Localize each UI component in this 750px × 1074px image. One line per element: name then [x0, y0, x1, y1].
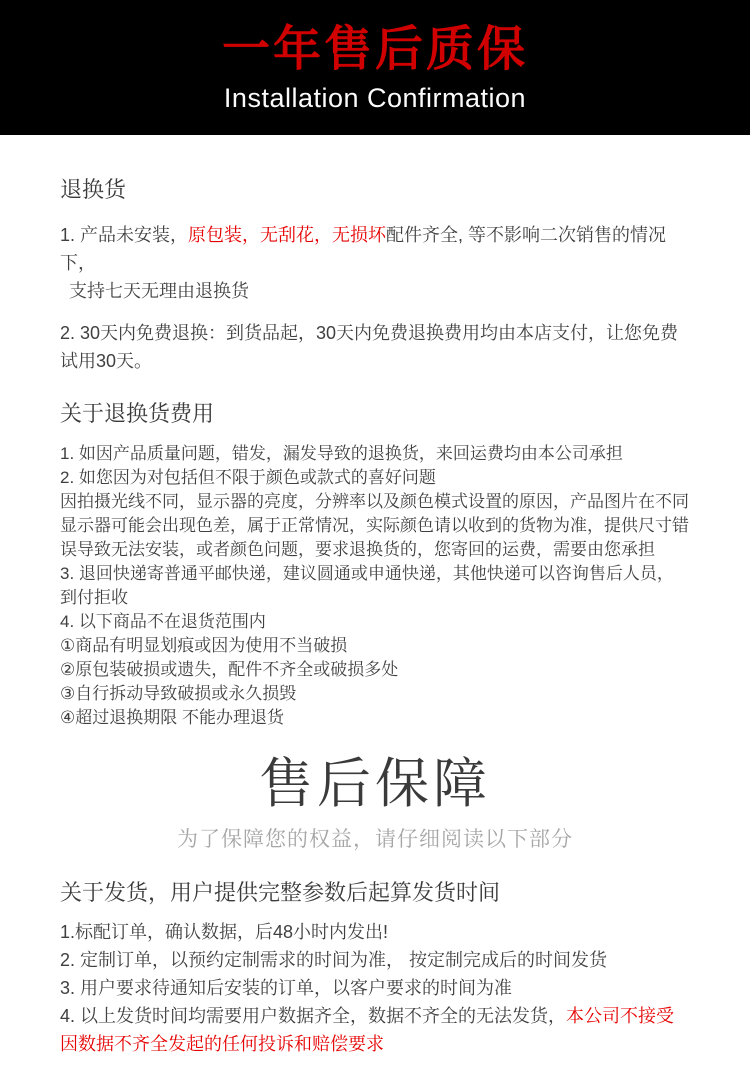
shipping-item-4-prefix: 4. 以上发货时间均需要用户数据齐全，数据不齐全的无法发货， — [60, 1006, 566, 1026]
shipping-heading: 关于发货，用户提供完整参数后起算发货时间 — [60, 878, 690, 908]
shipping-item: 3. 用户要求待通知后安装的订单，以客户要求的时间为准 — [60, 974, 690, 1002]
returns-item-1: 1. 产品未安装，原包装，无刮花，无损坏配件齐全, 等不影响二次销售的情况下，支… — [60, 221, 690, 305]
returns-item-2: 2. 30天内免费退换：到货品起，30天内免费退换费用均由本店支付，让您免费试用… — [60, 319, 690, 375]
warranty-info-page: 一年售后质保 Installation Confirmation 退换货 1. … — [0, 0, 750, 1074]
shipping-item-4: 4. 以上发货时间均需要用户数据齐全，数据不齐全的无法发货，本公司不接受因数据不… — [60, 1002, 690, 1058]
fees-heading: 关于退换货费用 — [60, 399, 690, 429]
return-fees-section: 关于退换货费用 1. 如因产品质量问题，错发，漏发导致的退换货，来回运费均由本公… — [60, 399, 690, 730]
fees-item: ②原包装破损或遗失，配件不齐全或破损多处 — [60, 658, 690, 682]
fees-list: 1. 如因产品质量问题，错发，漏发导致的退换货，来回运费均由本公司承担 2. 如… — [60, 442, 690, 730]
returns-item-1-highlight: 原包装，无刮花，无损坏 — [188, 225, 386, 245]
fees-item: 因拍摄光线不同，显示器的亮度，分辨率以及颜色模式设置的原因，产品图片在不同显示器… — [60, 490, 690, 562]
shipping-list: 1.标配订单，确认数据，后48小时内发出! 2. 定制订单，以预约定制需求的时间… — [60, 918, 690, 1058]
fees-item: ④超过退换期限 不能办理退货 — [60, 706, 690, 730]
fees-item: 1. 如因产品质量问题，错发，漏发导致的退换货，来回运费均由本公司承担 — [60, 442, 690, 466]
returns-item-1-prefix: 1. 产品未安装， — [60, 225, 188, 245]
banner-title: 一年售后质保 — [222, 23, 528, 77]
fees-item: ①商品有明显划痕或因为使用不当破损 — [60, 634, 690, 658]
returns-item-1-line2: 支持七天无理由退换货 — [60, 277, 690, 305]
banner-subtitle: Installation Confirmation — [224, 83, 526, 113]
shipping-item: 2. 定制订单，以预约定制需求的时间为准， 按定制完成后的时间发货 — [60, 946, 690, 974]
header-banner: 一年售后质保 Installation Confirmation — [0, 0, 750, 135]
fees-item: 4. 以下商品不在退货范围内 — [60, 610, 690, 634]
guarantee-subtitle: 为了保障您的权益，请仔细阅读以下部分 — [60, 828, 690, 852]
shipping-item: 1.标配订单，确认数据，后48小时内发出! — [60, 918, 690, 946]
returns-heading: 退换货 — [60, 175, 690, 205]
fees-item: 2. 如您因为对包括但不限于颜色或款式的喜好问题 — [60, 466, 690, 490]
fees-item: ③自行拆动导致破损或永久损毁 — [60, 682, 690, 706]
fees-item: 3. 退回快递寄普通平邮快递，建议圆通或申通快递，其他快递可以咨询售后人员，到付… — [60, 562, 690, 610]
guarantee-title: 售后保障 — [60, 752, 690, 816]
returns-section: 退换货 1. 产品未安装，原包装，无刮花，无损坏配件齐全, 等不影响二次销售的情… — [60, 175, 690, 375]
shipping-section: 关于发货，用户提供完整参数后起算发货时间 1.标配订单，确认数据，后48小时内发… — [60, 878, 690, 1058]
guarantee-section: 售后保障 为了保障您的权益，请仔细阅读以下部分 — [60, 752, 690, 852]
page-content: 退换货 1. 产品未安装，原包装，无刮花，无损坏配件齐全, 等不影响二次销售的情… — [0, 175, 750, 1058]
